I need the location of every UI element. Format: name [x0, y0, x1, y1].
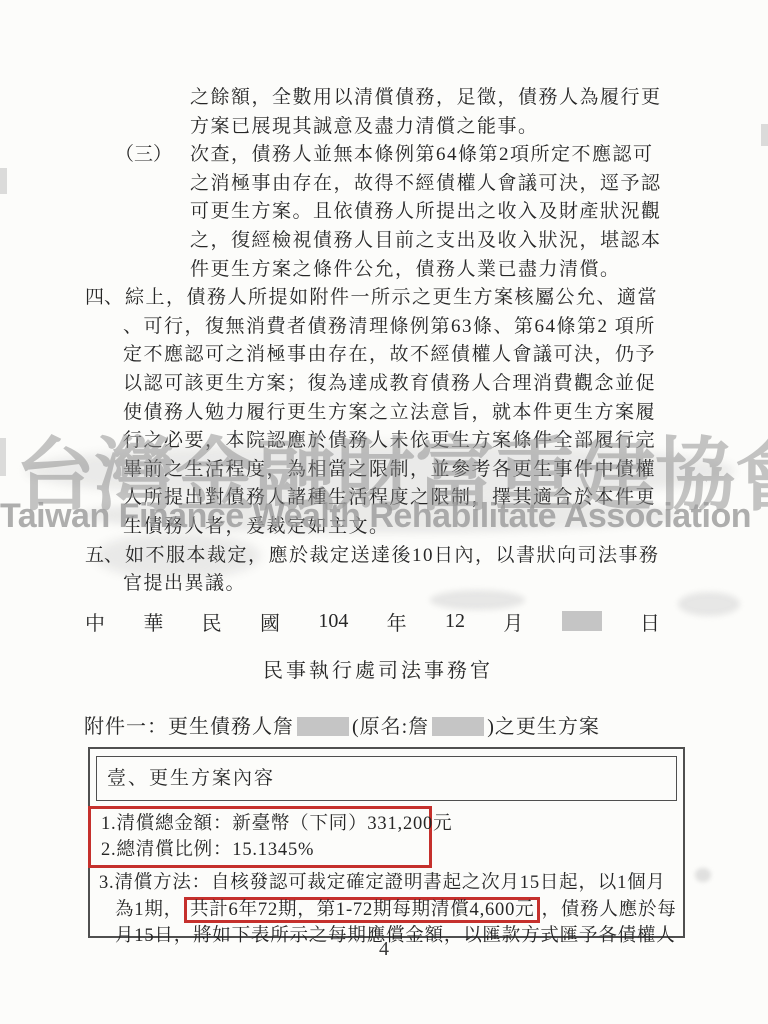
- body-line: 四、綜上，債務人所提如附件一所示之更生方案核屬公允、適當: [0, 284, 768, 313]
- officer-signature-title: 民事執行處司法事務官: [263, 654, 493, 683]
- highlight-box-totals: 1.清償總金額：新臺幣（下同）331,200元 2.總清償比例：15.1345%: [88, 806, 432, 868]
- page-number: 4: [0, 938, 768, 961]
- list-label-item3: （三）: [115, 141, 190, 170]
- roc-date-line: 中 華 民 國 104 年 12 月 日: [85, 606, 660, 636]
- body-line: 使債務人勉力履行更生方案之立法意旨，就本件更生方案履: [0, 399, 768, 428]
- body-line: 畢前之生活程度，為相當之限制，並參考各更生事件中債權: [0, 456, 768, 485]
- date-char: 月: [503, 607, 523, 636]
- scanned-court-document-page: { "colors": { "accent_red": "#c5302c", "…: [0, 0, 768, 1024]
- attachment-title: 附件一：更生債務人詹(原名:詹)之更生方案: [84, 710, 600, 739]
- plan-item3-line: 為1期，共計6年72期，第1-72期每期清償4,600元，債務人應於每: [90, 897, 683, 924]
- body-line: 之餘額，全數用以清償債務，足徵，債務人為履行更: [0, 84, 768, 113]
- body-line: 生債務人者，爰裁定如主文。: [0, 513, 768, 542]
- body-line: 定不應認可之消極事由存在，故不經債權人會議可決，仍予: [0, 341, 768, 370]
- document-page: 之餘額，全數用以清償債務，足徵，債務人為履行更 方案已展現其誠意及盡力清償之能事…: [0, 0, 768, 1024]
- body-line: 可更生方案。且依債務人所提出之收入及財產狀況觀: [0, 198, 768, 227]
- date-char: 華: [143, 607, 163, 636]
- list-label-sec5: 五、: [85, 542, 125, 571]
- body-line: 件更生方案之條件公允，債務人業已盡力清償。: [0, 256, 768, 285]
- body-line: 、可行，復無消費者債務清理條例第63條、第64條第2 項所: [0, 313, 768, 342]
- body-line: 方案已展現其誠意及盡力清償之能事。: [0, 113, 768, 142]
- redacted-name-box: [432, 717, 484, 736]
- body-line: 官提出異議。: [0, 570, 768, 599]
- highlight-box-installments: 共計6年72期，第1-72期每期清償4,600元: [184, 897, 541, 923]
- body-line: 以認可該更生方案；復為達成教育債務人合理消費觀念並促: [0, 370, 768, 399]
- body-line: 之，復經檢視債務人目前之支出及收入狀況，堪認本: [0, 227, 768, 256]
- date-char: 日: [640, 607, 660, 636]
- body-line: 人所提出對債務人諸種生活程度之限制，擇其適合於本件更: [0, 484, 768, 513]
- plan-item3-text: ，債務人應於每: [541, 900, 676, 920]
- body-line: 行之必要，本院認應於債務人未依更生方案條件全部履行完: [0, 427, 768, 456]
- body-line-text: 如不服本裁定，應於裁定送達後10日內，以書狀向司法事務: [125, 545, 660, 566]
- redacted-name-box: [297, 717, 349, 736]
- date-char: 年: [387, 607, 407, 636]
- plan-item-repayment-ratio: 2.總清償比例：15.1345%: [101, 837, 429, 863]
- attachment-text: 附件一：更生債務人詹: [84, 716, 294, 738]
- list-label-sec4: 四、: [85, 284, 125, 313]
- redacted-day-box: [562, 611, 602, 631]
- plan-item-total-amount: 1.清償總金額：新臺幣（下同）331,200元: [101, 811, 429, 837]
- body-line: 之消極事由存在，故得不經債權人會議可決，逕予認: [0, 170, 768, 199]
- plan-table: 壹、更生方案內容 1.清償總金額：新臺幣（下同）331,200元 2.總清償比例…: [88, 747, 685, 938]
- body-line-text: 綜上，債務人所提如附件一所示之更生方案核屬公允、適當: [125, 287, 658, 308]
- date-char: 民: [202, 607, 222, 636]
- date-char: 中: [85, 607, 105, 636]
- plan-item3-text: 為1期，: [115, 900, 183, 920]
- body-line: （三）次查，債務人並無本條例第64條第2項所定不應認可: [0, 141, 768, 170]
- date-month: 12: [445, 610, 465, 633]
- body-line-text: 次查，債務人並無本條例第64條第2項所定不應認可: [190, 144, 654, 165]
- plan-table-header-cell: 壹、更生方案內容: [96, 756, 677, 801]
- scan-smudge: [695, 868, 711, 882]
- body-line: 五、如不服本裁定，應於裁定送達後10日內，以書狀向司法事務: [0, 542, 768, 571]
- plan-item3-line: 3.清償方法：自核發認可裁定確定證明書起之次月15日起，以1個月: [90, 870, 683, 897]
- date-char: 國: [260, 607, 280, 636]
- attachment-text: )之更生方案: [487, 716, 600, 738]
- attachment-text: (原名:詹: [352, 716, 429, 738]
- date-year: 104: [318, 610, 348, 633]
- ruling-body-text: 之餘額，全數用以清償債務，足徵，債務人為履行更 方案已展現其誠意及盡力清償之能事…: [0, 84, 768, 599]
